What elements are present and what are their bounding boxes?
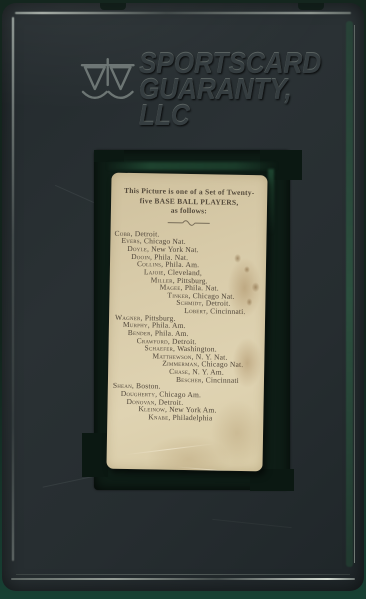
slab-snap-tab-left	[100, 3, 126, 10]
slab-edge-highlight-left	[12, 17, 14, 561]
checklist-row: Knabe, Philadelphia	[148, 413, 263, 423]
player-name: Bescher	[176, 374, 202, 383]
player-name: Knabe	[148, 412, 168, 421]
slab-edge-highlight-top	[15, 12, 351, 14]
brand-line-2: GUARANTY, LLC	[139, 77, 341, 129]
checklist-row: Lobert, Cincinnati.	[184, 307, 265, 316]
crease-line	[125, 443, 214, 455]
card-face: This Picture is one of a Set of Twenty- …	[106, 186, 267, 472]
player-team: Cincinnati	[206, 375, 239, 385]
player-team: Philadelphia	[172, 413, 212, 423]
header-line-3: as follows:	[111, 205, 267, 217]
slab-body: SPORTSCARD GUARANTY, LLC This Picture is…	[2, 3, 364, 591]
checklist: Cobb, Detroit.Evers, Chicago Nat.Doyle, …	[107, 229, 266, 422]
slab-photo: SPORTSCARD GUARANTY, LLC This Picture is…	[0, 0, 366, 599]
slab-edge-highlight-bottom	[11, 578, 355, 580]
player-team: Cincinnati.	[210, 306, 245, 316]
player-name: Lobert	[184, 306, 206, 315]
scratch-mark	[42, 475, 96, 487]
slab-edge-inner-line-bottom	[16, 574, 350, 575]
well-green-glow-right	[268, 169, 274, 235]
sgc-logo: SPORTSCARD GUARANTY, LLC	[78, 51, 364, 117]
scratch-mark	[212, 519, 292, 528]
brand-wordmark: SPORTSCARD GUARANTY, LLC	[139, 51, 341, 129]
checklist-row: Bescher, Cincinnati	[176, 375, 264, 384]
trading-card-back: This Picture is one of a Set of Twenty- …	[106, 173, 267, 472]
well-notch-top-left	[94, 150, 124, 162]
well-notch-bottom-right	[250, 469, 294, 491]
flourish-ornament	[166, 217, 212, 227]
card-header-text: This Picture is one of a Set of Twenty- …	[111, 186, 267, 217]
scales-of-justice-icon	[78, 53, 137, 115]
slab-snap-tab-right	[298, 3, 324, 10]
stain-soft	[146, 434, 231, 471]
well-green-glow-top	[106, 162, 278, 170]
well-notch-bottom-left	[82, 433, 108, 477]
